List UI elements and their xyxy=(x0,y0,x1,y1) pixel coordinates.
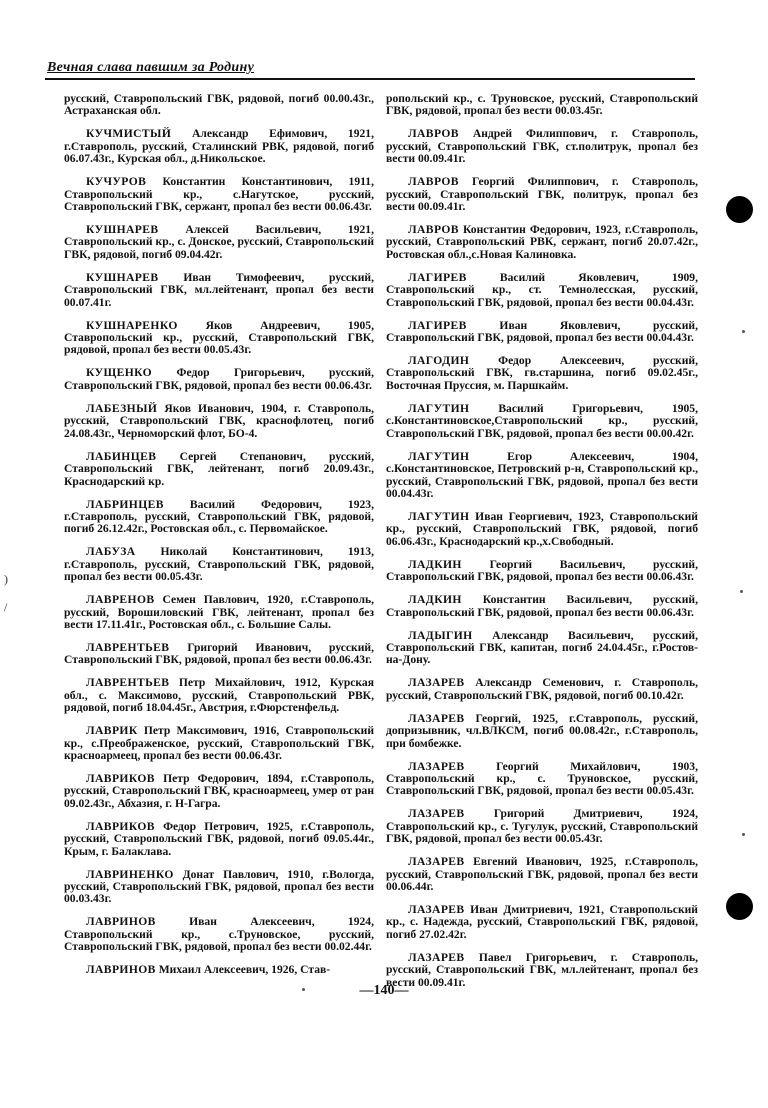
record-entry: ЛАВРОВ Константин Федорович, 1923, г.Ста… xyxy=(386,224,698,261)
record-entry: ЛАВРИНОВ Иван Алексеевич, 1924, Ставропо… xyxy=(64,916,374,953)
record-surname: ЛАВРОВ xyxy=(408,223,459,236)
record-surname: ЛАВРОВ xyxy=(408,175,459,188)
record-surname: КУШНАРЕВ xyxy=(86,271,159,284)
record-entry: ЛАВРИКОВ Федор Петрович, 1925, г.Ставроп… xyxy=(64,821,374,858)
record-surname: ЛАБРИНЦЕВ xyxy=(86,498,164,511)
record-surname: ЛАГУТИН xyxy=(408,402,469,415)
record-entry: ропольский кр., с. Труновское, русский, … xyxy=(386,93,698,118)
record-entry: ЛАДЫГИН Александр Васильевич, русский, С… xyxy=(386,630,698,667)
record-entry: ЛАВРИКОВ Петр Федорович, 1894, г.Ставроп… xyxy=(64,773,374,810)
record-details: Михаил Алексеевич, 1926, Став- xyxy=(159,963,330,976)
record-surname: ЛАЗАРЕВ xyxy=(408,807,465,820)
record-surname: ЛАВРИК xyxy=(86,724,138,737)
record-entry: ЛАЗАРЕВ Георгий, 1925, г.Ставрополь, рус… xyxy=(386,713,698,750)
record-entry: русский, Ставропольский ГВК, рядовой, по… xyxy=(64,93,374,118)
record-entry: ЛАВРЕНОВ Семен Павлович, 1920, г.Ставроп… xyxy=(64,594,374,631)
record-entry: КУЩЕНКО Федор Григорьевич, русский, Став… xyxy=(64,367,374,392)
record-surname: ЛАЗАРЕВ xyxy=(408,951,465,964)
record-entry: ЛАЗАРЕВ Григорий Дмитриевич, 1924, Ставр… xyxy=(386,808,698,845)
record-entry: ЛАГУТИН Иван Георгиевич, 1923, Ставропол… xyxy=(386,511,698,548)
record-surname: ЛАВРИНОВ xyxy=(86,963,156,976)
record-surname: ЛАВРИНОВ xyxy=(86,915,156,928)
record-entry: КУШНАРЕНКО Яков Андреевич, 1905, Ставроп… xyxy=(64,320,374,357)
binder-hole xyxy=(726,893,753,920)
record-surname: ЛАДКИН xyxy=(408,558,462,571)
record-details: русский, Ставропольский ГВК, рядовой, по… xyxy=(64,92,374,117)
record-surname: ЛАГИРЕВ xyxy=(408,319,467,332)
left-column: русский, Ставропольский ГВК, рядовой, по… xyxy=(64,93,374,987)
record-surname: ЛАДЫГИН xyxy=(408,629,473,642)
record-surname: ЛАВРЕНТЬЕВ xyxy=(86,641,169,654)
record-surname: ЛАЗАРЕВ xyxy=(408,760,465,773)
record-surname: ЛАБУЗА xyxy=(86,545,136,558)
speck xyxy=(302,988,305,991)
record-surname: ЛАВРЕНТЬЕВ xyxy=(86,676,169,689)
record-surname: ЛАБИНЦЕВ xyxy=(86,450,156,463)
margin-mark: ) xyxy=(4,572,8,587)
record-entry: ЛАВРИК Петр Максимович, 1916, Ставрополь… xyxy=(64,725,374,762)
record-surname: КУШНАРЕНКО xyxy=(86,319,178,332)
record-entry: ЛАБУЗА Николай Константинович, 1913, г.С… xyxy=(64,546,374,583)
record-entry: ЛАГУТИН Егор Алексеевич, 1904, с.Констан… xyxy=(386,451,698,501)
record-surname: КУЧМИСТЫЙ xyxy=(86,127,171,140)
record-surname: ЛАВРИКОВ xyxy=(86,820,155,833)
record-surname: ЛАВРИКОВ xyxy=(86,772,155,785)
speck xyxy=(740,590,743,593)
record-entry: КУШНАРЕВ Алексей Васильевич, 1921, Ставр… xyxy=(64,224,374,261)
speck xyxy=(742,330,745,333)
record-entry: ЛАБЕЗНЫЙ Яков Иванович, 1904, г. Ставроп… xyxy=(64,403,374,440)
page-number: —140— xyxy=(0,983,768,999)
record-entry: ЛАБИНЦЕВ Сергей Степанович, русский, Ста… xyxy=(64,451,374,488)
record-surname: ЛАВРИНЕНКО xyxy=(86,868,174,881)
record-entry: ЛАДКИН Георгий Васильевич, русский, Став… xyxy=(386,559,698,584)
record-entry: ЛАЗАРЕВ Евгений Иванович, 1925, г.Ставро… xyxy=(386,856,698,893)
right-column: ропольский кр., с. Труновское, русский, … xyxy=(386,93,698,1000)
record-entry: ЛАЗАРЕВ Георгий Михайлович, 1903, Ставро… xyxy=(386,761,698,798)
record-surname: ЛАЗАРЕВ xyxy=(408,712,465,725)
header-title: Вечная слава павшим за Родину xyxy=(47,60,254,76)
record-entry: ЛАГИРЕВ Иван Яковлевич, русский, Ставроп… xyxy=(386,320,698,345)
running-header: Вечная слава павшим за Родину xyxy=(45,60,695,80)
record-surname: ЛАГОДИН xyxy=(408,354,469,367)
record-surname: ЛАДКИН xyxy=(408,593,462,606)
record-entry: ЛАВРОВ Георгий Филиппович, г. Ставрополь… xyxy=(386,176,698,213)
record-surname: ЛАБЕЗНЫЙ xyxy=(86,402,157,415)
record-entry: КУЧМИСТЫЙ Александр Ефимович, 1921, г.Ст… xyxy=(64,128,374,165)
record-entry: ЛАВРЕНТЬЕВ Петр Михайлович, 1912, Курска… xyxy=(64,677,374,714)
record-surname: ЛАГУТИН xyxy=(408,450,469,463)
record-entry: ЛАБРИНЦЕВ Василий Федорович, 1923, г.Ста… xyxy=(64,499,374,536)
record-entry: ЛАВРЕНТЬЕВ Григорий Иванович, русский, С… xyxy=(64,642,374,667)
record-entry: КУШНАРЕВ Иван Тимофеевич, русский, Ставр… xyxy=(64,272,374,309)
binder-hole xyxy=(726,196,753,223)
record-entry: ЛАЗАРЕВ Иван Дмитриевич, 1921, Ставропол… xyxy=(386,904,698,941)
record-details: ропольский кр., с. Труновское, русский, … xyxy=(386,92,698,117)
record-entry: ЛАВРОВ Андрей Филиппович, г. Ставрополь,… xyxy=(386,128,698,165)
record-surname: КУЩЕНКО xyxy=(86,366,152,379)
record-surname: ЛАГИРЕВ xyxy=(408,271,467,284)
record-surname: ЛАЗАРЕВ xyxy=(408,855,465,868)
record-surname: ЛАВРЕНОВ xyxy=(86,593,155,606)
record-surname: КУЧУРОВ xyxy=(86,175,146,188)
record-entry: ЛАВРИНЕНКО Донат Павлович, 1910, г.Волог… xyxy=(64,869,374,906)
record-entry: ЛАГИРЕВ Василий Яковлевич, 1909, Ставроп… xyxy=(386,272,698,309)
record-entry: ЛАГУТИН Василий Григорьевич, 1905, с.Кон… xyxy=(386,403,698,440)
record-surname: КУШНАРЕВ xyxy=(86,223,159,236)
record-surname: ЛАГУТИН xyxy=(408,510,469,523)
speck xyxy=(742,833,745,836)
margin-mark: / xyxy=(4,600,7,615)
record-entry: ЛАГОДИН Федор Алексеевич, русский, Ставр… xyxy=(386,355,698,392)
record-surname: ЛАВРОВ xyxy=(408,127,459,140)
record-surname: ЛАЗАРЕВ xyxy=(408,676,465,689)
record-entry: КУЧУРОВ Константин Константинович, 1911,… xyxy=(64,176,374,213)
record-surname: ЛАЗАРЕВ xyxy=(408,903,465,916)
record-entry: ЛАДКИН Константин Васильевич, русский, С… xyxy=(386,594,698,619)
record-entry: ЛАЗАРЕВ Александр Семенович, г. Ставропо… xyxy=(386,677,698,702)
record-entry: ЛАВРИНОВ Михаил Алексеевич, 1926, Став- xyxy=(64,964,374,976)
